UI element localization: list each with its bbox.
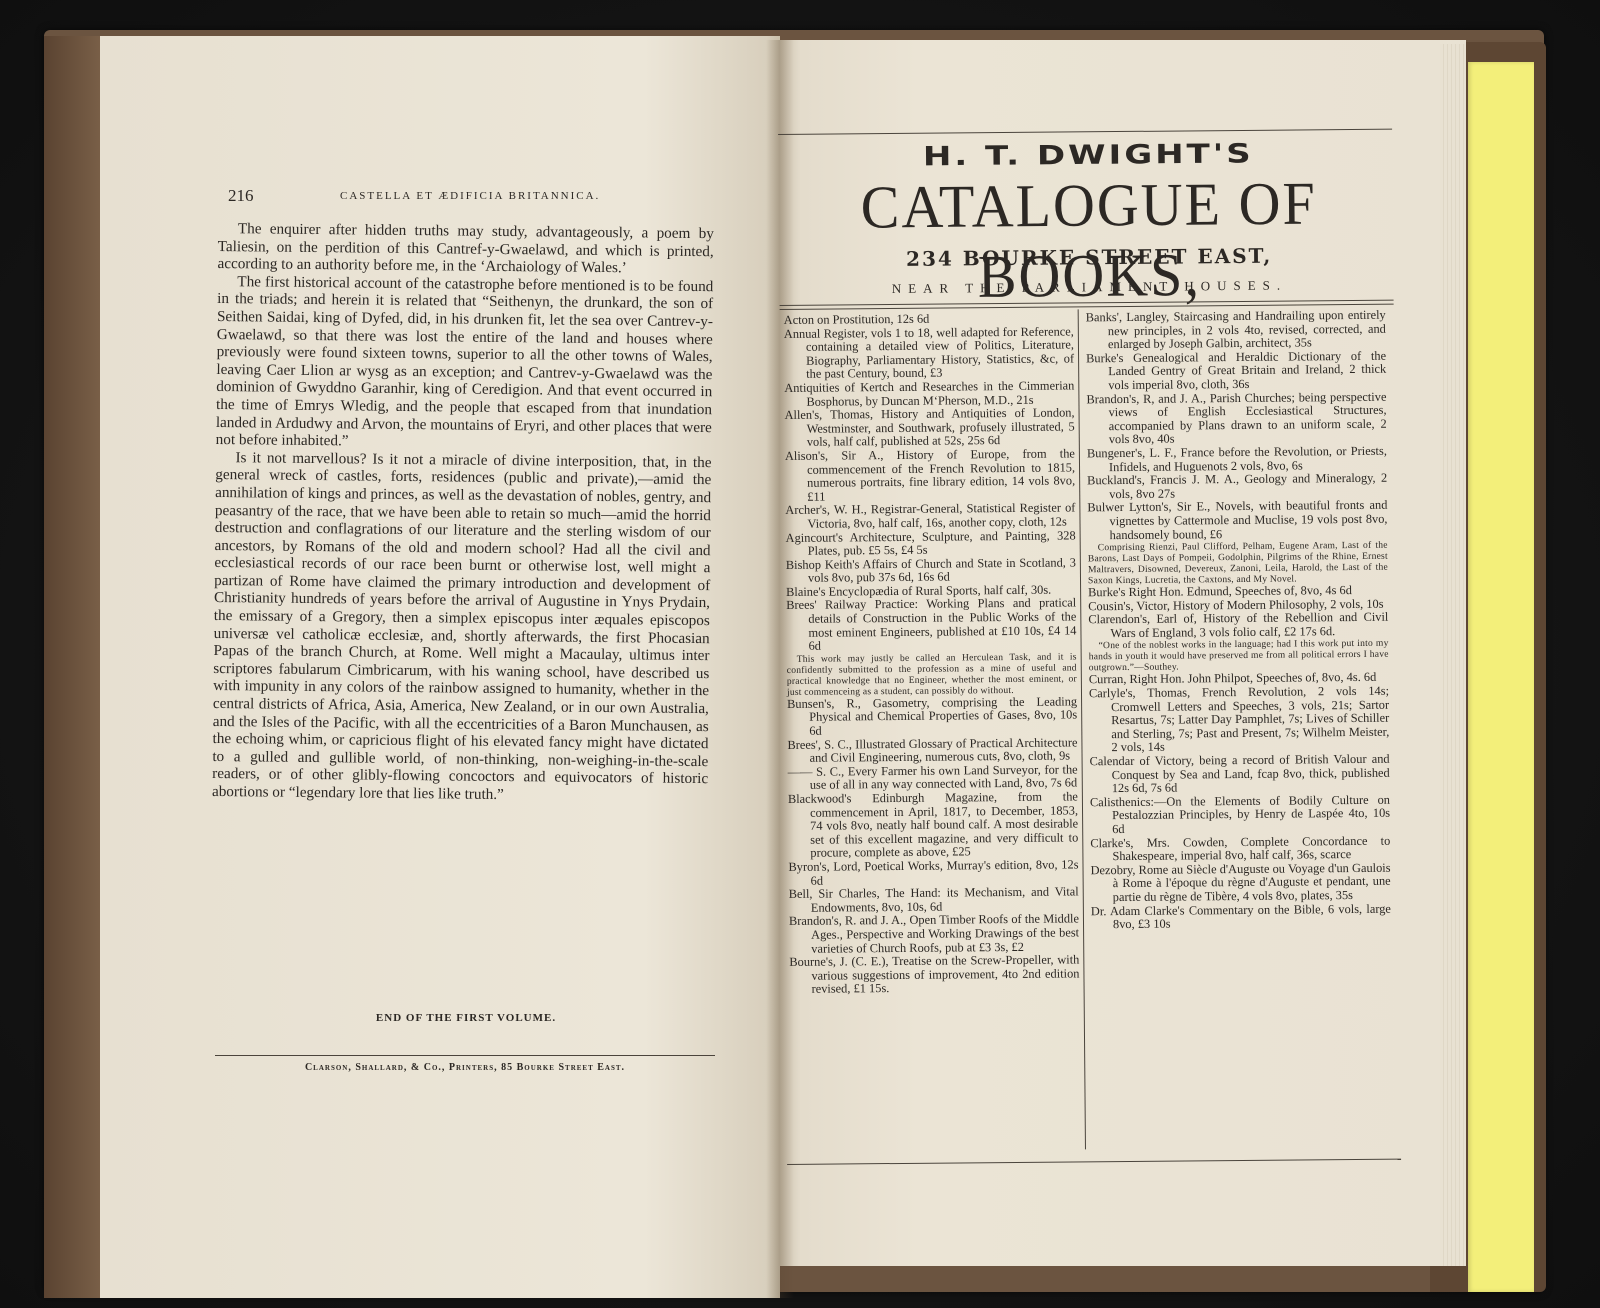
catalogue-entry: Byron's, Lord, Poetical Works, Murray's … (810, 858, 1078, 888)
book-spine-edge (44, 36, 102, 1298)
page-edges (1440, 44, 1466, 1266)
catalogue-column-left: Acton on Prostitution, 12s 6dAnnual Regi… (784, 311, 1080, 996)
catalogue-entry: Calendar of Victory, being a record of B… (1112, 753, 1390, 796)
paragraph: The first historical account of the cata… (216, 273, 714, 454)
catalogue-entry: —— S. C., Every Farmer his own Land Surv… (810, 763, 1078, 793)
page-number: 216 (228, 186, 254, 206)
printer-imprint: Clarson, Shallard, & Co., Printers, 85 B… (215, 1062, 715, 1073)
catalogue-note: This work may justly be called an Hercul… (787, 651, 1077, 698)
catalogue-entry: Brandon's, R, and J. A., Parish Churches… (1108, 390, 1386, 447)
running-title: CASTELLA ET ÆDIFICIA BRITANNICA. (340, 190, 600, 202)
catalogue-entry: Annual Register, vols 1 to 18, well adap… (806, 325, 1074, 382)
catalogue-note: “One of the noblest works in the languag… (1089, 638, 1389, 674)
catalogue-note: Comprising Rienzi, Paul Clifford, Pelham… (1088, 540, 1388, 587)
catalogue-entry: Archer's, W. H., Registrar-General, Stat… (807, 502, 1075, 532)
catalogue-entry: Brees', S. C., Illustrated Glossary of P… (809, 736, 1077, 766)
catalogue-entry: Alison's, Sir A., History of Europe, fro… (807, 447, 1075, 504)
catalogue-entry: Bunsen's, R., Gasometry, comprising the … (809, 695, 1077, 738)
catalogue-entry: Bungener's, L. F., France before the Rev… (1109, 445, 1387, 475)
catalogue-entry: Bourne's, J. (C. E.), Treatise on the Sc… (811, 954, 1079, 997)
catalogue-entry: Dezobry, Rome au Siècle d'Auguste ou Voy… (1112, 861, 1390, 904)
paragraph: The enquirer after hidden truths may stu… (217, 220, 714, 278)
catalogue-entry: Clarke's, Mrs. Cowden, Complete Concorda… (1112, 834, 1390, 864)
catalogue-entry: Blackwood's Edinburgh Magazine, from the… (810, 790, 1079, 860)
top-rule (778, 129, 1392, 135)
paragraph: Is it not marvellous? Is it not a miracl… (212, 449, 712, 806)
catalogue-entry: Calisthenics:—On the Elements of Bodily … (1112, 793, 1390, 836)
catalogue-column-right: Banks', Langley, Staircasing and Handrai… (1086, 309, 1391, 932)
catalogue-entry: Clarendon's, Earl of, History of the Reb… (1110, 611, 1388, 641)
end-of-volume-note: END OF THE FIRST VOLUME. (218, 1012, 714, 1024)
catalogue-entry: Dr. Adam Clarke's Commentary on the Bibl… (1113, 902, 1391, 932)
running-head: 216 CASTELLA ET ÆDIFICIA BRITANNICA. (228, 186, 728, 210)
catalogue-entry: Bishop Keith's Affairs of Church and Sta… (808, 556, 1076, 586)
catalogue-entry: Banks', Langley, Staircasing and Handrai… (1108, 309, 1386, 352)
body-text: The enquirer after hidden truths may stu… (212, 220, 714, 806)
catalogue-entry: Bulwer Lytton's, Sir E., Novels, with be… (1109, 499, 1387, 542)
catalogue-entry: Carlyle's, Thomas, French Revolution, 2 … (1111, 685, 1390, 755)
catalogue-entry: Bell, Sir Charles, The Hand: its Mechani… (811, 886, 1079, 916)
catalogue-entry: Burke's Genealogical and Heraldic Dictio… (1108, 349, 1386, 392)
catalogue-entry: Brees' Railway Practice: Working Plans a… (808, 597, 1076, 654)
column-divider (1078, 309, 1086, 1149)
catalogue-entry: Allen's, Thomas, History and Antiquities… (807, 407, 1075, 450)
footer-divider (215, 1055, 715, 1056)
yellow-bookmark-tab (1468, 62, 1534, 1292)
catalogue-entry: Agincourt's Architecture, Sculpture, and… (808, 529, 1076, 559)
catalogue-entry: Brandon's, R. and J. A., Open Timber Roo… (811, 913, 1079, 956)
catalogue-entry: Buckland's, Francis J. M. A., Geology an… (1109, 472, 1387, 502)
catalogue-entry: Antiquities of Kertch and Researches in … (806, 379, 1074, 409)
catalogue-advertisement: H. T. DWIGHT'S CATALOGUE OF BOOKS, 234 B… (778, 117, 1407, 1167)
